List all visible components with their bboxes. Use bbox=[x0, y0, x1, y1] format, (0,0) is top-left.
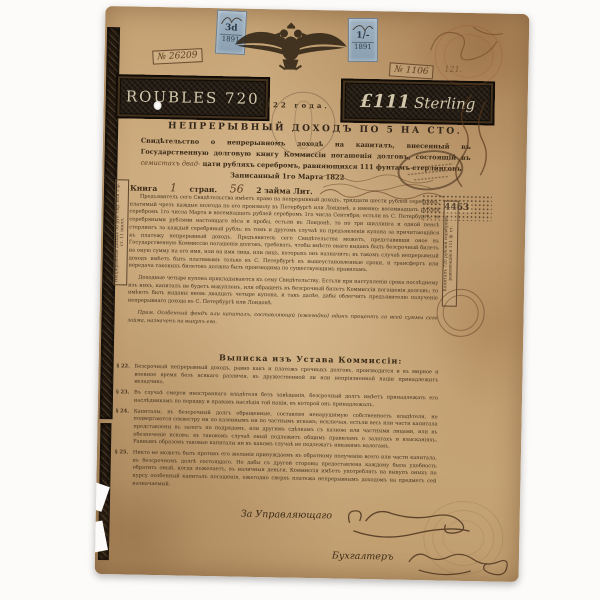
roubles-plaque: ROUBLES 720 bbox=[115, 74, 270, 121]
imperial-eagle-emblem bbox=[232, 20, 349, 74]
year-line: 1822 года. bbox=[244, 100, 344, 111]
body-paragraph-1: Предъявитель сего Свидѣтельства имѣетъ п… bbox=[128, 193, 439, 276]
roubles-plaque-label: ROUBLES 720 bbox=[126, 87, 260, 108]
charter-item-text: Въ случаѣ смерти иностраннаго владѣтеля … bbox=[134, 390, 438, 411]
annotation-121: 121. bbox=[444, 65, 462, 74]
charter-item: § 25. Никто не можетъ быть противъ его ж… bbox=[114, 449, 437, 494]
bond-certificate-paper: 3d 1891 1/- 1891 № 26209 № 1106 bbox=[95, 6, 530, 582]
body-text: Предъявитель сего Свидѣтельства имѣетъ п… bbox=[127, 193, 440, 334]
handwritten-flourish-top-right bbox=[422, 20, 513, 70]
charter-extract: § 22. Безсрочный непрерывный доходъ, рав… bbox=[114, 363, 438, 497]
page-value-handwritten: 56 bbox=[230, 182, 244, 195]
round-ink-stamp bbox=[436, 288, 485, 337]
body-paragraph-note: Прим. Особенный фондъ или капиталъ, сост… bbox=[127, 309, 437, 330]
charter-item-number: § 24. bbox=[115, 408, 134, 447]
book-label: Книга bbox=[130, 183, 158, 193]
charter-item-number: § 23. bbox=[116, 389, 134, 405]
charter-item-text: Никто не можетъ быть противъ его желанія… bbox=[132, 450, 437, 494]
intro-amount-handwritten: семистахъ двад- bbox=[140, 159, 200, 168]
margin-note-left: Непрерывный доходъ 36 руб. сер. или 5 ф.… bbox=[113, 179, 129, 285]
loan-label: 2 займа Лит. bbox=[256, 186, 313, 196]
sterling-amount: £111 bbox=[360, 90, 411, 112]
charter-item-number: § 22. bbox=[116, 363, 134, 386]
serial-number-left: № 26209 bbox=[152, 48, 203, 65]
manager-signature-label: За Управляющаго bbox=[241, 509, 332, 522]
handwritten-vertical-signature bbox=[440, 90, 502, 191]
accountant-signature-label: Бухгалтеръ bbox=[332, 550, 394, 562]
charter-item-text: Безсрочный непрерывный доходъ, равно как… bbox=[134, 364, 438, 393]
charter-item-text: Капиталы, въ безсрочный долгъ обращенные… bbox=[133, 408, 438, 452]
pen-cancel-mark bbox=[351, 20, 375, 34]
page-label: стран. bbox=[189, 185, 217, 195]
charter-item: § 24. Капиталы, въ безсрочный долгъ обра… bbox=[115, 408, 438, 453]
book-value-handwritten: 1 bbox=[170, 181, 177, 194]
charter-item-number: § 25. bbox=[114, 449, 133, 488]
revenue-stamp-1s: 1/- 1891 bbox=[348, 18, 378, 62]
photo-canvas: 3d 1891 1/- 1891 № 26209 № 1106 bbox=[0, 0, 600, 600]
body-paragraph-2: Доходные четыре купона прикладываются къ… bbox=[128, 275, 439, 312]
charter-item: § 22. Безсрочный непрерывный доходъ, рав… bbox=[116, 363, 438, 392]
stamp-year: 1891 bbox=[352, 42, 374, 51]
